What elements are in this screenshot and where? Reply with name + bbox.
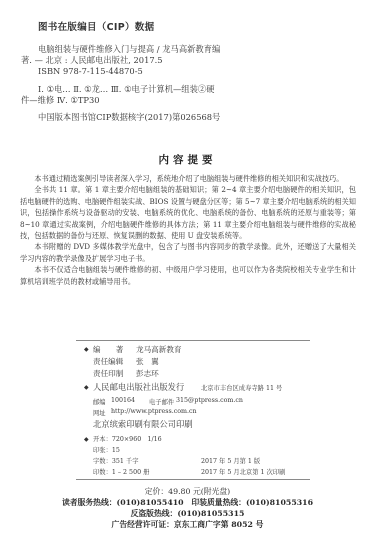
printing-info: 2017 年 5 月北京第 1 次印刷 [201, 467, 285, 476]
format-spec: 开本：720×960 1/16 [93, 434, 162, 443]
editor-label: 责任编辑 [93, 356, 123, 367]
publisher-address: 北京市丰台区成寿寺路 11 号 [201, 383, 282, 392]
edition-info: 2017 年 5 月第 1 版 [201, 456, 260, 465]
printer-name: 彭志环 [136, 368, 159, 379]
email-label: 电子邮件 [149, 397, 174, 406]
cip-title: 图书在版编目（CIP）数据 [38, 19, 154, 33]
reader-hotline: 读者服务热线：(010)81055410 印装质量热线：(010)8105531… [0, 497, 375, 508]
website-value: http://www.ptpress.com.cn [111, 408, 197, 415]
author-name: 龙马高新教育 [136, 344, 182, 355]
printer-label: 责任印制 [93, 368, 123, 379]
website-label: 网址 [93, 408, 106, 417]
bullet-icon: ◆ [84, 346, 89, 353]
summary-paragraph: 本书不仅适合电脑组装与硬件维修的初、中级用户学习使用，也可以作为各类院校相关专业… [20, 264, 356, 287]
sheets-count: 印张：15 [93, 445, 120, 454]
summary-body: 本书通过精选案例引导读者深入学习，系统地介绍了电脑组装与硬件维修的相关知识和实战… [20, 173, 356, 287]
postcode-label: 邮编 [93, 397, 106, 406]
summary-paragraph: 本书附赠的 DVD 多媒体教学光盘中，包含了与图书内容同步的教学录像。此外，还赠… [20, 241, 356, 264]
price: 定价：49.80 元(附光盘) [0, 486, 375, 497]
bottom-divider [76, 479, 310, 480]
editor-name: 张 翼 [136, 356, 159, 367]
cip-classification-line2: 件—维修 Ⅳ. ①TP30 [21, 95, 100, 106]
summary-paragraph: 本书通过精选案例引导读者深入学习，系统地介绍了电脑组装与硬件维修的相关知识和实战… [20, 173, 356, 184]
cip-classification-line1: Ⅰ. ①电… Ⅱ. ①龙… Ⅲ. ①电子计算机—组装②硬 [38, 84, 215, 95]
top-divider [76, 340, 310, 341]
print-company: 北京缤索印刷有限公司印刷 [93, 418, 193, 430]
ad-license: 广告经营许可证：京东工商广字第 8052 号 [0, 519, 375, 530]
word-count: 字数：351 千字 [93, 456, 139, 465]
summary-heading: 内容提要 [0, 152, 375, 167]
email-value: 315@ptpress.com.cn [176, 397, 243, 404]
cip-book-title-line: 电脑组装与硬件维修入门与提高 / 龙马高新教育编 [38, 44, 220, 55]
publisher-name: 人民邮电出版社出版发行 [93, 381, 184, 393]
postcode-value: 100164 [111, 397, 135, 404]
summary-paragraph: 全书共 11 章。第 1 章主要介绍电脑组装的基础知识；第 2~4 章主要介绍电… [20, 184, 356, 241]
cip-publisher-line: 著. — 北京 : 人民邮电出版社, 2017.5 [21, 55, 163, 66]
cip-verification-number: 中国版本图书馆CIP数据核字(2017)第026568号 [38, 112, 220, 123]
cip-isbn: ISBN 978-7-115-44870-5 [38, 66, 143, 77]
piracy-hotline: 反盗版热线：(010)81055315 [0, 508, 375, 519]
author-label: 编 著 [93, 344, 123, 355]
bullet-icon: ◆ [84, 436, 89, 443]
bullet-icon: ◆ [84, 384, 89, 391]
print-run: 印数：1 – 2 500 册 [93, 467, 149, 476]
